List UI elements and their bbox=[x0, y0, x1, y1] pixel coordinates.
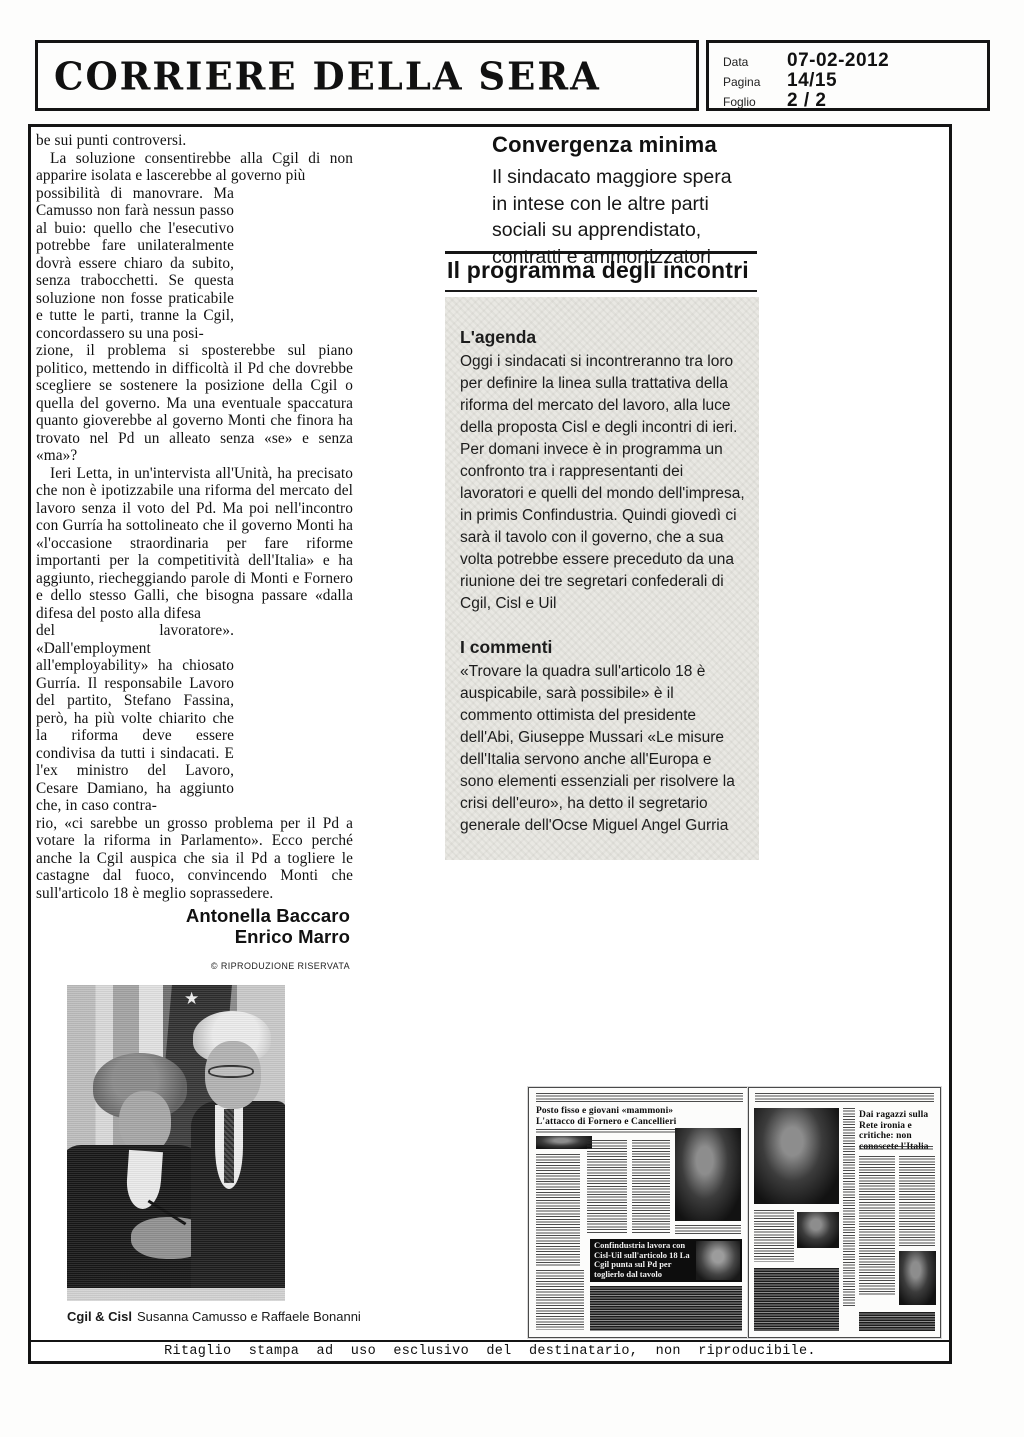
date-value: 07-02-2012 bbox=[787, 50, 889, 72]
thumb1-text-column bbox=[536, 1154, 580, 1266]
thumb2-subhead-strip bbox=[859, 1146, 933, 1150]
thumb1-inset-photo bbox=[696, 1241, 740, 1280]
thumb2-masthead-strip bbox=[755, 1093, 934, 1102]
footer-strip: Ritaglio stampa ad uso esclusivo del des… bbox=[31, 1340, 949, 1361]
byline-author-1: Antonella Baccaro bbox=[36, 905, 350, 926]
article-paragraph: Ieri Letta, in un'intervista all'Unità, … bbox=[36, 465, 353, 623]
program-panel: L'agenda Oggi i sindacati si incontreran… bbox=[445, 297, 759, 860]
thumb1-inset-box: Confindustria lavora con Cisl-Uil sull'a… bbox=[590, 1239, 742, 1282]
thumb1-text-column bbox=[632, 1140, 670, 1234]
thumb2-bottom-photo bbox=[899, 1251, 936, 1305]
program-box-bottom-rule bbox=[445, 290, 757, 292]
press-clipping-page: CORRIERE DELLA SERA Data 07-02-2012 Pagi… bbox=[0, 0, 1024, 1437]
article-paragraph: rio, «ci sarebbe un grosso problema per … bbox=[36, 815, 353, 903]
thumb1-text-column bbox=[587, 1140, 627, 1234]
thumb2-dense-text-block bbox=[754, 1268, 839, 1331]
meta-row-page: Pagina 14/15 bbox=[723, 70, 987, 89]
clipping-meta-box: Data 07-02-2012 Pagina 14/15 Foglio 2 / … bbox=[706, 40, 990, 111]
thumb2-text-column bbox=[859, 1156, 895, 1296]
sheet-label: Foglio bbox=[723, 95, 787, 109]
thumb2-small-photo bbox=[797, 1212, 839, 1248]
article-photo: ★ bbox=[67, 985, 285, 1301]
copyright-notice: © RIPRODUZIONE RISERVATA bbox=[36, 958, 353, 976]
thumb1-photo-caption-strip bbox=[675, 1225, 741, 1236]
thumb1-trophy-photo bbox=[675, 1128, 741, 1221]
agenda-section-title: L'agenda bbox=[460, 327, 746, 348]
camusso-face bbox=[119, 1091, 171, 1153]
newspaper-page-thumbnail-1: Posto fisso e giovani «mammoni» L'attacc… bbox=[528, 1087, 751, 1338]
thumb1-headline: Posto fisso e giovani «mammoni» L'attacc… bbox=[536, 1106, 688, 1127]
date-label: Data bbox=[723, 55, 787, 69]
sheet-value: 2 / 2 bbox=[787, 90, 826, 112]
program-box-top-rule bbox=[445, 251, 757, 254]
flag-star-icon: ★ bbox=[184, 989, 199, 1009]
publication-name: CORRIERE DELLA SERA bbox=[38, 53, 601, 99]
clipping-frame: be sui punti controversi. La soluzione c… bbox=[28, 124, 952, 1364]
thumb1-text-column bbox=[536, 1270, 584, 1330]
thumb2-dense-text-block bbox=[859, 1312, 935, 1331]
thumb2-caption-column bbox=[754, 1210, 794, 1262]
table-edge bbox=[67, 1288, 285, 1301]
article-paragraph: be sui punti controversi. bbox=[36, 132, 353, 150]
thumb1-photo-strip bbox=[536, 1136, 592, 1149]
article-paragraph: del lavoratore». «Dall'employment all'em… bbox=[36, 622, 234, 815]
panel-gap bbox=[460, 615, 746, 637]
photo-caption-text: Susanna Camusso e Raffaele Bonanni bbox=[137, 1309, 361, 1324]
kicker-block: Convergenza minima Il sindacato maggiore… bbox=[492, 132, 742, 270]
article-body: be sui punti controversi. La soluzione c… bbox=[36, 132, 356, 976]
page-value: 14/15 bbox=[787, 70, 837, 92]
thumb2-text-column bbox=[899, 1156, 935, 1246]
program-box-title: Il programma degli incontri bbox=[447, 257, 757, 284]
publication-masthead-box: CORRIERE DELLA SERA bbox=[35, 40, 699, 111]
meta-row-sheet: Foglio 2 / 2 bbox=[723, 90, 987, 109]
thumb1-masthead-strip bbox=[536, 1093, 743, 1102]
byline: Antonella Baccaro Enrico Marro bbox=[36, 905, 353, 947]
meta-row-date: Data 07-02-2012 bbox=[723, 50, 987, 69]
article-paragraph: La soluzione consentirebbe alla Cgil di … bbox=[36, 150, 353, 185]
agenda-section-text: Oggi i sindacati si incontreranno tra lo… bbox=[460, 351, 746, 615]
photo-caption: Cgil & CislSusanna Camusso e Raffaele Bo… bbox=[67, 1309, 397, 1324]
bonanni-tie bbox=[224, 1109, 234, 1183]
kicker-text: Il sindacato maggiore spera in intese co… bbox=[492, 164, 734, 270]
byline-author-2: Enrico Marro bbox=[36, 926, 350, 947]
page-label: Pagina bbox=[723, 75, 787, 89]
thumb1-dense-text-block bbox=[590, 1286, 742, 1331]
thumb2-main-photo bbox=[754, 1108, 839, 1204]
thumb2-text-column bbox=[843, 1108, 855, 1308]
article-paragraph: possibilità di manovrare. Ma Camusso non… bbox=[36, 185, 234, 343]
thumb1-inset-headline: Confindustria lavora con Cisl-Uil sull'a… bbox=[590, 1239, 694, 1282]
comments-section-title: I commenti bbox=[460, 637, 746, 658]
photo-caption-label: Cgil & Cisl bbox=[67, 1309, 132, 1324]
comments-section-text: «Trovare la quadra sull'articolo 18 è au… bbox=[460, 661, 746, 837]
thumb1-subhead-strip bbox=[536, 1129, 686, 1133]
article-paragraph: zione, il problema si sposterebbe sul pi… bbox=[36, 342, 353, 465]
reproduction-notice: Ritaglio stampa ad uso esclusivo del des… bbox=[164, 1344, 816, 1359]
newspaper-page-thumbnail-2: Dai ragazzi sulla Rete ironia e critiche… bbox=[748, 1087, 941, 1338]
kicker-title: Convergenza minima bbox=[492, 132, 742, 158]
bonanni-glasses bbox=[208, 1065, 254, 1078]
